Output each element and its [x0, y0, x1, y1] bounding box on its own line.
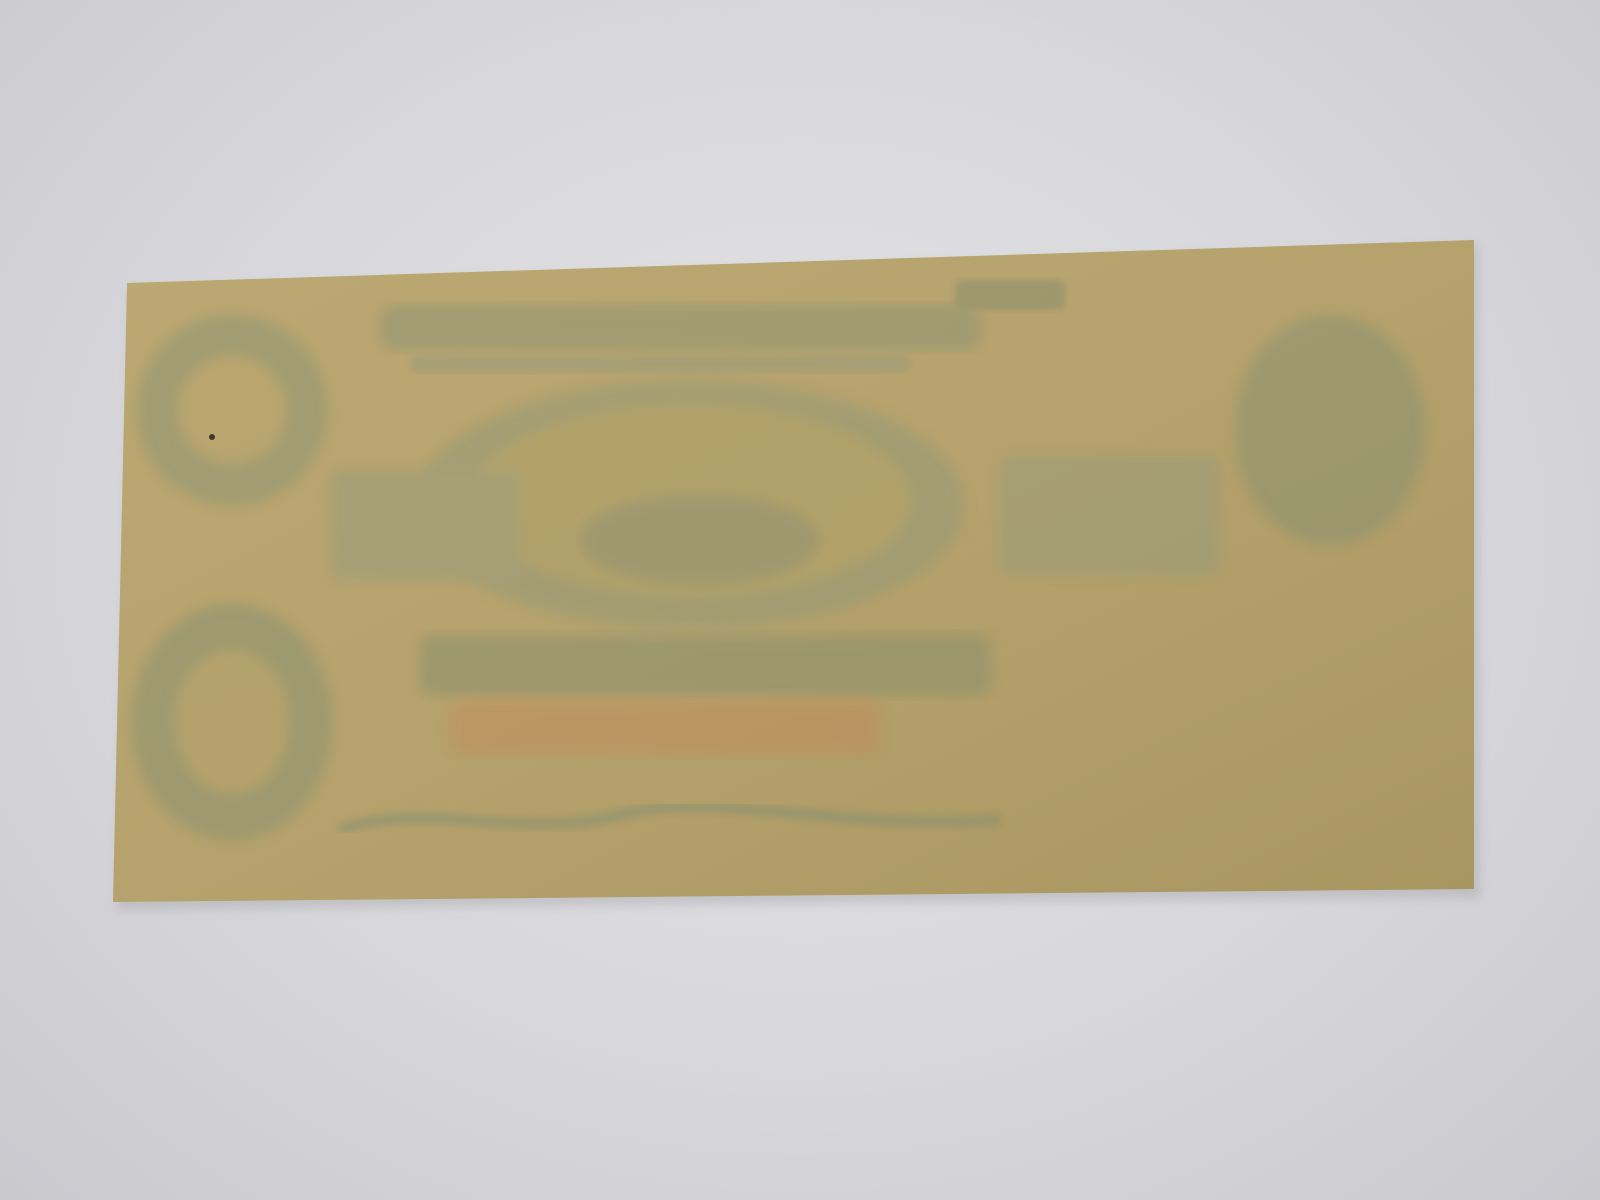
- banknote-photo: [0, 0, 1600, 1200]
